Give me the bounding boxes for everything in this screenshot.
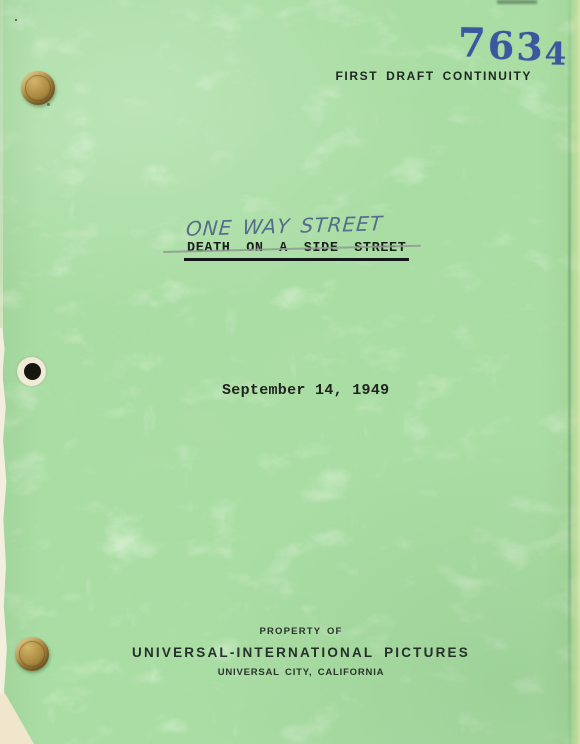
first-draft-continuity-label: FIRST DRAFT CONTINUITY — [335, 69, 532, 83]
draft-date: September 14, 1949 — [222, 382, 389, 399]
ownership-block: PROPERTY OF UNIVERSAL-INTERNATIONAL PICT… — [11, 626, 580, 678]
top-edge-smudge — [497, 0, 537, 4]
studio-location: UNIVERSAL CITY, CALIFORNIA — [11, 667, 580, 678]
stamp-digit: 3 — [516, 24, 545, 69]
brass-brad-top — [21, 71, 55, 105]
stamp-digit: 7 — [458, 19, 488, 66]
punched-hole-middle — [24, 363, 41, 380]
studio-name: UNIVERSAL-INTERNATIONAL PICTURES — [11, 645, 580, 660]
stamp-digit: 6 — [488, 23, 517, 68]
script-cover-scan: 7634 FIRST DRAFT CONTINUITY ONE WAY STRE… — [0, 0, 580, 744]
paper-speck — [15, 19, 17, 21]
stamp-digit: 4 — [544, 36, 568, 72]
paper-speck — [47, 103, 50, 106]
stamp-number: 7634 — [458, 19, 568, 67]
property-of-label: PROPERTY OF — [11, 626, 580, 637]
